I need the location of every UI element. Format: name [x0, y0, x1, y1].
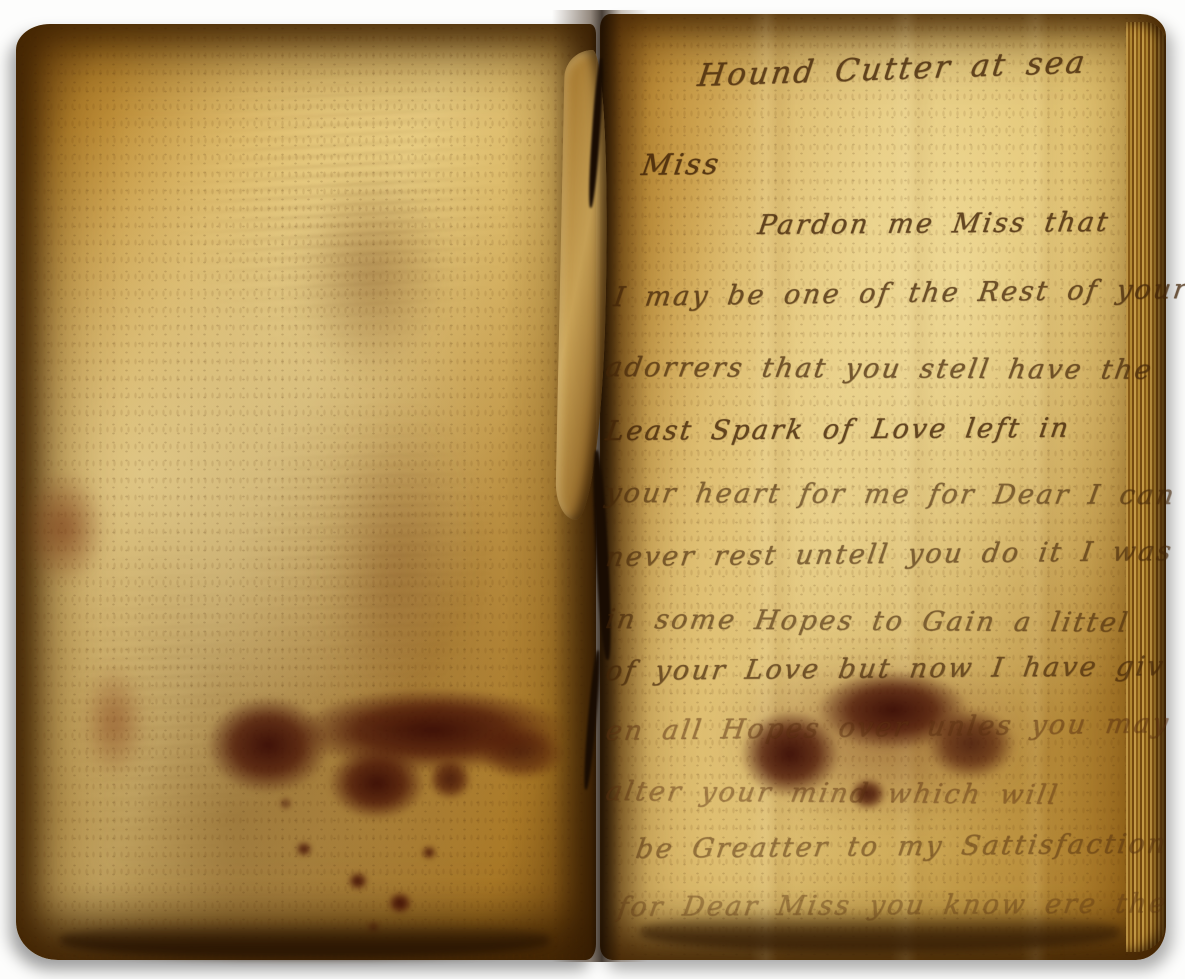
rust-stain [82, 664, 146, 780]
letter-line: Least Spark of Love left in [604, 413, 1073, 447]
left-page [16, 24, 596, 960]
ink-droplet [388, 892, 412, 914]
paper-grain-texture [16, 24, 596, 960]
ink-droplet [422, 846, 436, 859]
ink-stain [478, 726, 566, 780]
letter-line: alter your mind which will [603, 776, 1061, 811]
faded-blotch [326, 410, 466, 720]
ink-stain [206, 696, 330, 794]
letter-salutation: Miss [639, 147, 723, 182]
rust-stain [22, 470, 106, 586]
letter-line: of your Love but now I have giv [604, 651, 1168, 687]
scanned-manuscript: Hound Cutter at sea Miss Pardon me Miss … [0, 0, 1185, 979]
letter-line: for Dear Miss you know ere the [616, 888, 1170, 923]
letter-line: Pardon me Miss that [756, 207, 1113, 241]
letter-line: be Greatter to my Sattisfaction [634, 828, 1170, 865]
faded-blotch [296, 170, 446, 380]
ink-droplet [368, 922, 379, 932]
ink-droplet [348, 872, 368, 890]
ink-stain [328, 746, 426, 820]
letter-line: your heart for me for Dear I can [603, 478, 1178, 511]
ink-droplet [296, 842, 312, 856]
ink-droplet [280, 798, 291, 809]
letter-line: adorrers that you stell have the [603, 352, 1155, 386]
ink-stain [428, 758, 472, 800]
letter-line: in some Hopes to Gain a littel [603, 604, 1132, 639]
letter-line: never rest untell you do it I was [604, 536, 1176, 573]
